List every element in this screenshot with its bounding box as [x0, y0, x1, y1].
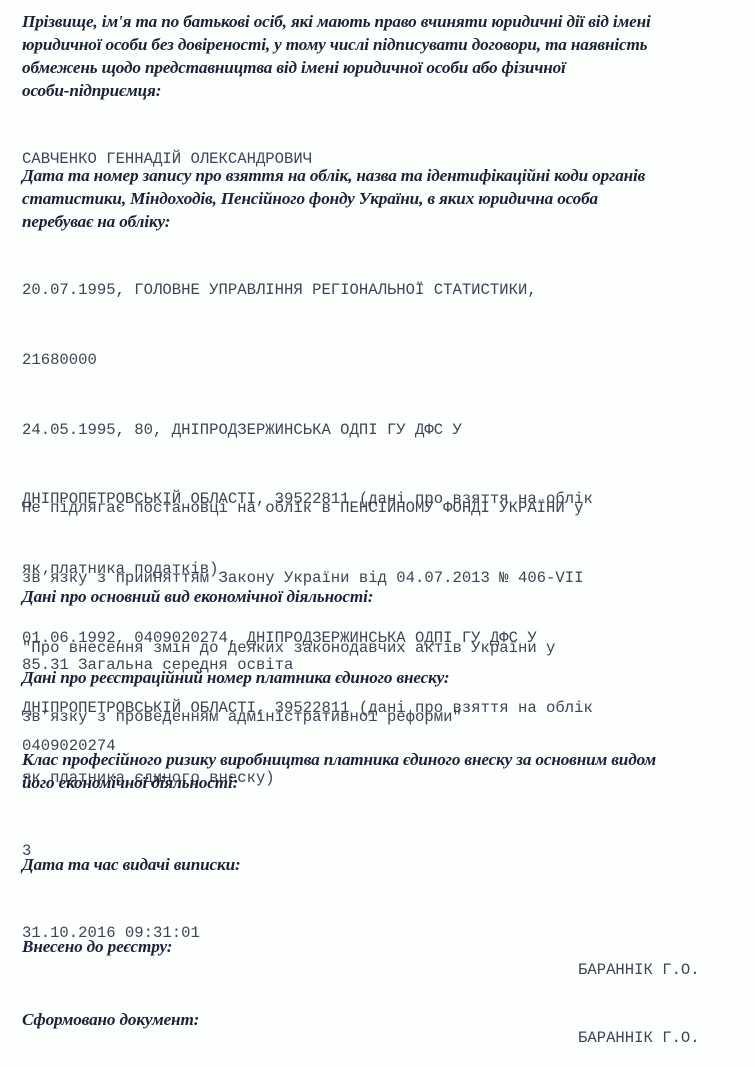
signature-name: БАРАННІК Г.О.: [578, 959, 700, 982]
value-line: 24.05.1995, 80, ДНІПРОДЗЕРЖИНСЬКА ОДПІ Г…: [22, 419, 752, 442]
label-line: його економічної діяльності:: [22, 771, 752, 794]
value-line: 21680000: [22, 349, 752, 372]
value-line: Не підлягає постановці на облік в ПЕНСІЙ…: [22, 497, 752, 520]
label-line: юридичної особи без довіреності, у тому …: [22, 33, 752, 56]
label-line: Дата та час видачі виписки:: [22, 853, 752, 876]
section-label: Прізвище, ім'я та по батькові осіб, які …: [22, 10, 752, 102]
label-line: Прізвище, ім'я та по батькові осіб, які …: [22, 10, 752, 33]
signature-label: Внесено до реєстру:: [22, 935, 752, 958]
signature-registered-by: Внесено до реєстру:: [22, 935, 752, 958]
label-line: Дані про реєстраційний номер платника єд…: [22, 666, 752, 689]
value-line: 20.07.1995, ГОЛОВНЕ УПРАВЛІННЯ РЕГІОНАЛЬ…: [22, 279, 752, 302]
document-page: Прізвище, ім'я та по батькові осіб, які …: [0, 0, 755, 1067]
label-line: статистики, Міндоходів, Пенсійного фонду…: [22, 187, 752, 210]
section-label: Дані про реєстраційний номер платника єд…: [22, 666, 752, 689]
section-label: Дані про основний вид економічної діяльн…: [22, 585, 752, 608]
label-line: обмежень щодо представництва від імені ю…: [22, 56, 752, 79]
label-line: Клас професійного ризику виробництва пла…: [22, 748, 752, 771]
label-line: Дані про основний вид економічної діяльн…: [22, 585, 752, 608]
section-label: Клас професійного ризику виробництва пла…: [22, 748, 752, 794]
label-line: перебуває на обліку:: [22, 210, 752, 233]
signature-name: БАРАННІК Г.О.: [578, 1027, 700, 1050]
label-line: Дата та номер запису про взяття на облік…: [22, 164, 752, 187]
section-label: Дата та час видачі виписки:: [22, 853, 752, 876]
section-label: Дата та номер запису про взяття на облік…: [22, 164, 752, 233]
label-line: особи-підприємця:: [22, 79, 752, 102]
